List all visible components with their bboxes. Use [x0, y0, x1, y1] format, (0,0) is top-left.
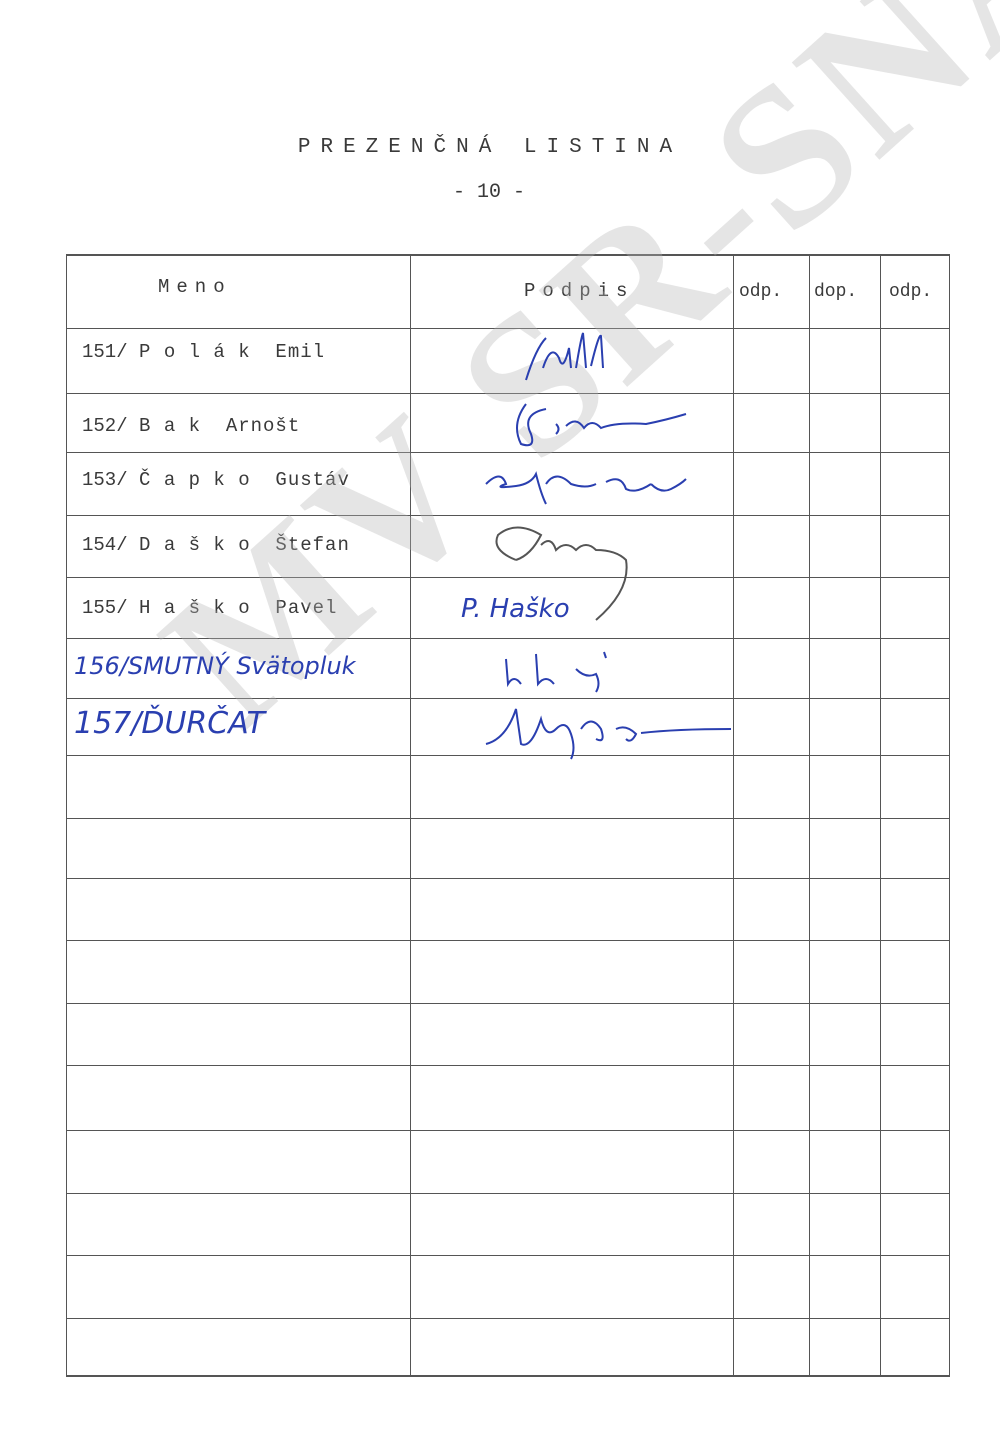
grid-line [880, 254, 881, 1376]
signature-153 [476, 454, 696, 514]
grid-line [66, 254, 67, 1376]
grid-line [66, 878, 950, 879]
grid-line [949, 254, 950, 1376]
page-number: - 10 - [0, 181, 978, 204]
row-151-name: 151/ P o l á k Emil [82, 341, 325, 363]
grid-line [66, 818, 950, 819]
header-odp-2: odp. [889, 282, 932, 302]
row-152-name: 152/ B a k Arnošt [82, 415, 300, 437]
grid-line [410, 254, 411, 1376]
grid-line [66, 1318, 950, 1319]
document-title: PREZENČNÁ LISTINA [0, 136, 980, 159]
grid-line [66, 1193, 950, 1194]
grid-line [66, 1065, 950, 1066]
row-156-name-handwritten: 156/SMUTNÝ Svätopluk [74, 652, 356, 680]
signature-151 [521, 328, 621, 388]
grid-line [66, 515, 950, 516]
grid-line [66, 1255, 950, 1256]
signature-156 [496, 644, 646, 694]
row-155-name: 155/ H a š k o Pavel [82, 597, 337, 619]
header-podpis: Podpis [524, 280, 634, 302]
row-157-name-handwritten: 157/ĎURČAT [74, 706, 265, 741]
header-meno: Meno [158, 276, 232, 298]
grid-line [66, 1130, 950, 1131]
row-153-name: 153/ Č a p k o Gustáv [82, 469, 350, 491]
grid-line [66, 328, 950, 329]
signature-152 [506, 394, 696, 456]
signature-155: P. Haško [461, 594, 570, 624]
header-odp-1: odp. [739, 282, 782, 302]
row-154-name: 154/ D a š k o Štefan [82, 534, 350, 556]
grid-line [66, 1003, 950, 1004]
grid-line [809, 254, 810, 1376]
grid-line [66, 1375, 950, 1377]
attendance-table: Meno Podpis odp. dop. odp. 151/ P o l á … [66, 254, 950, 1376]
grid-line [66, 638, 950, 639]
header-dop: dop. [814, 282, 857, 302]
grid-line [66, 940, 950, 941]
signature-157 [476, 689, 746, 764]
grid-line [733, 254, 734, 1376]
grid-line [66, 254, 950, 256]
